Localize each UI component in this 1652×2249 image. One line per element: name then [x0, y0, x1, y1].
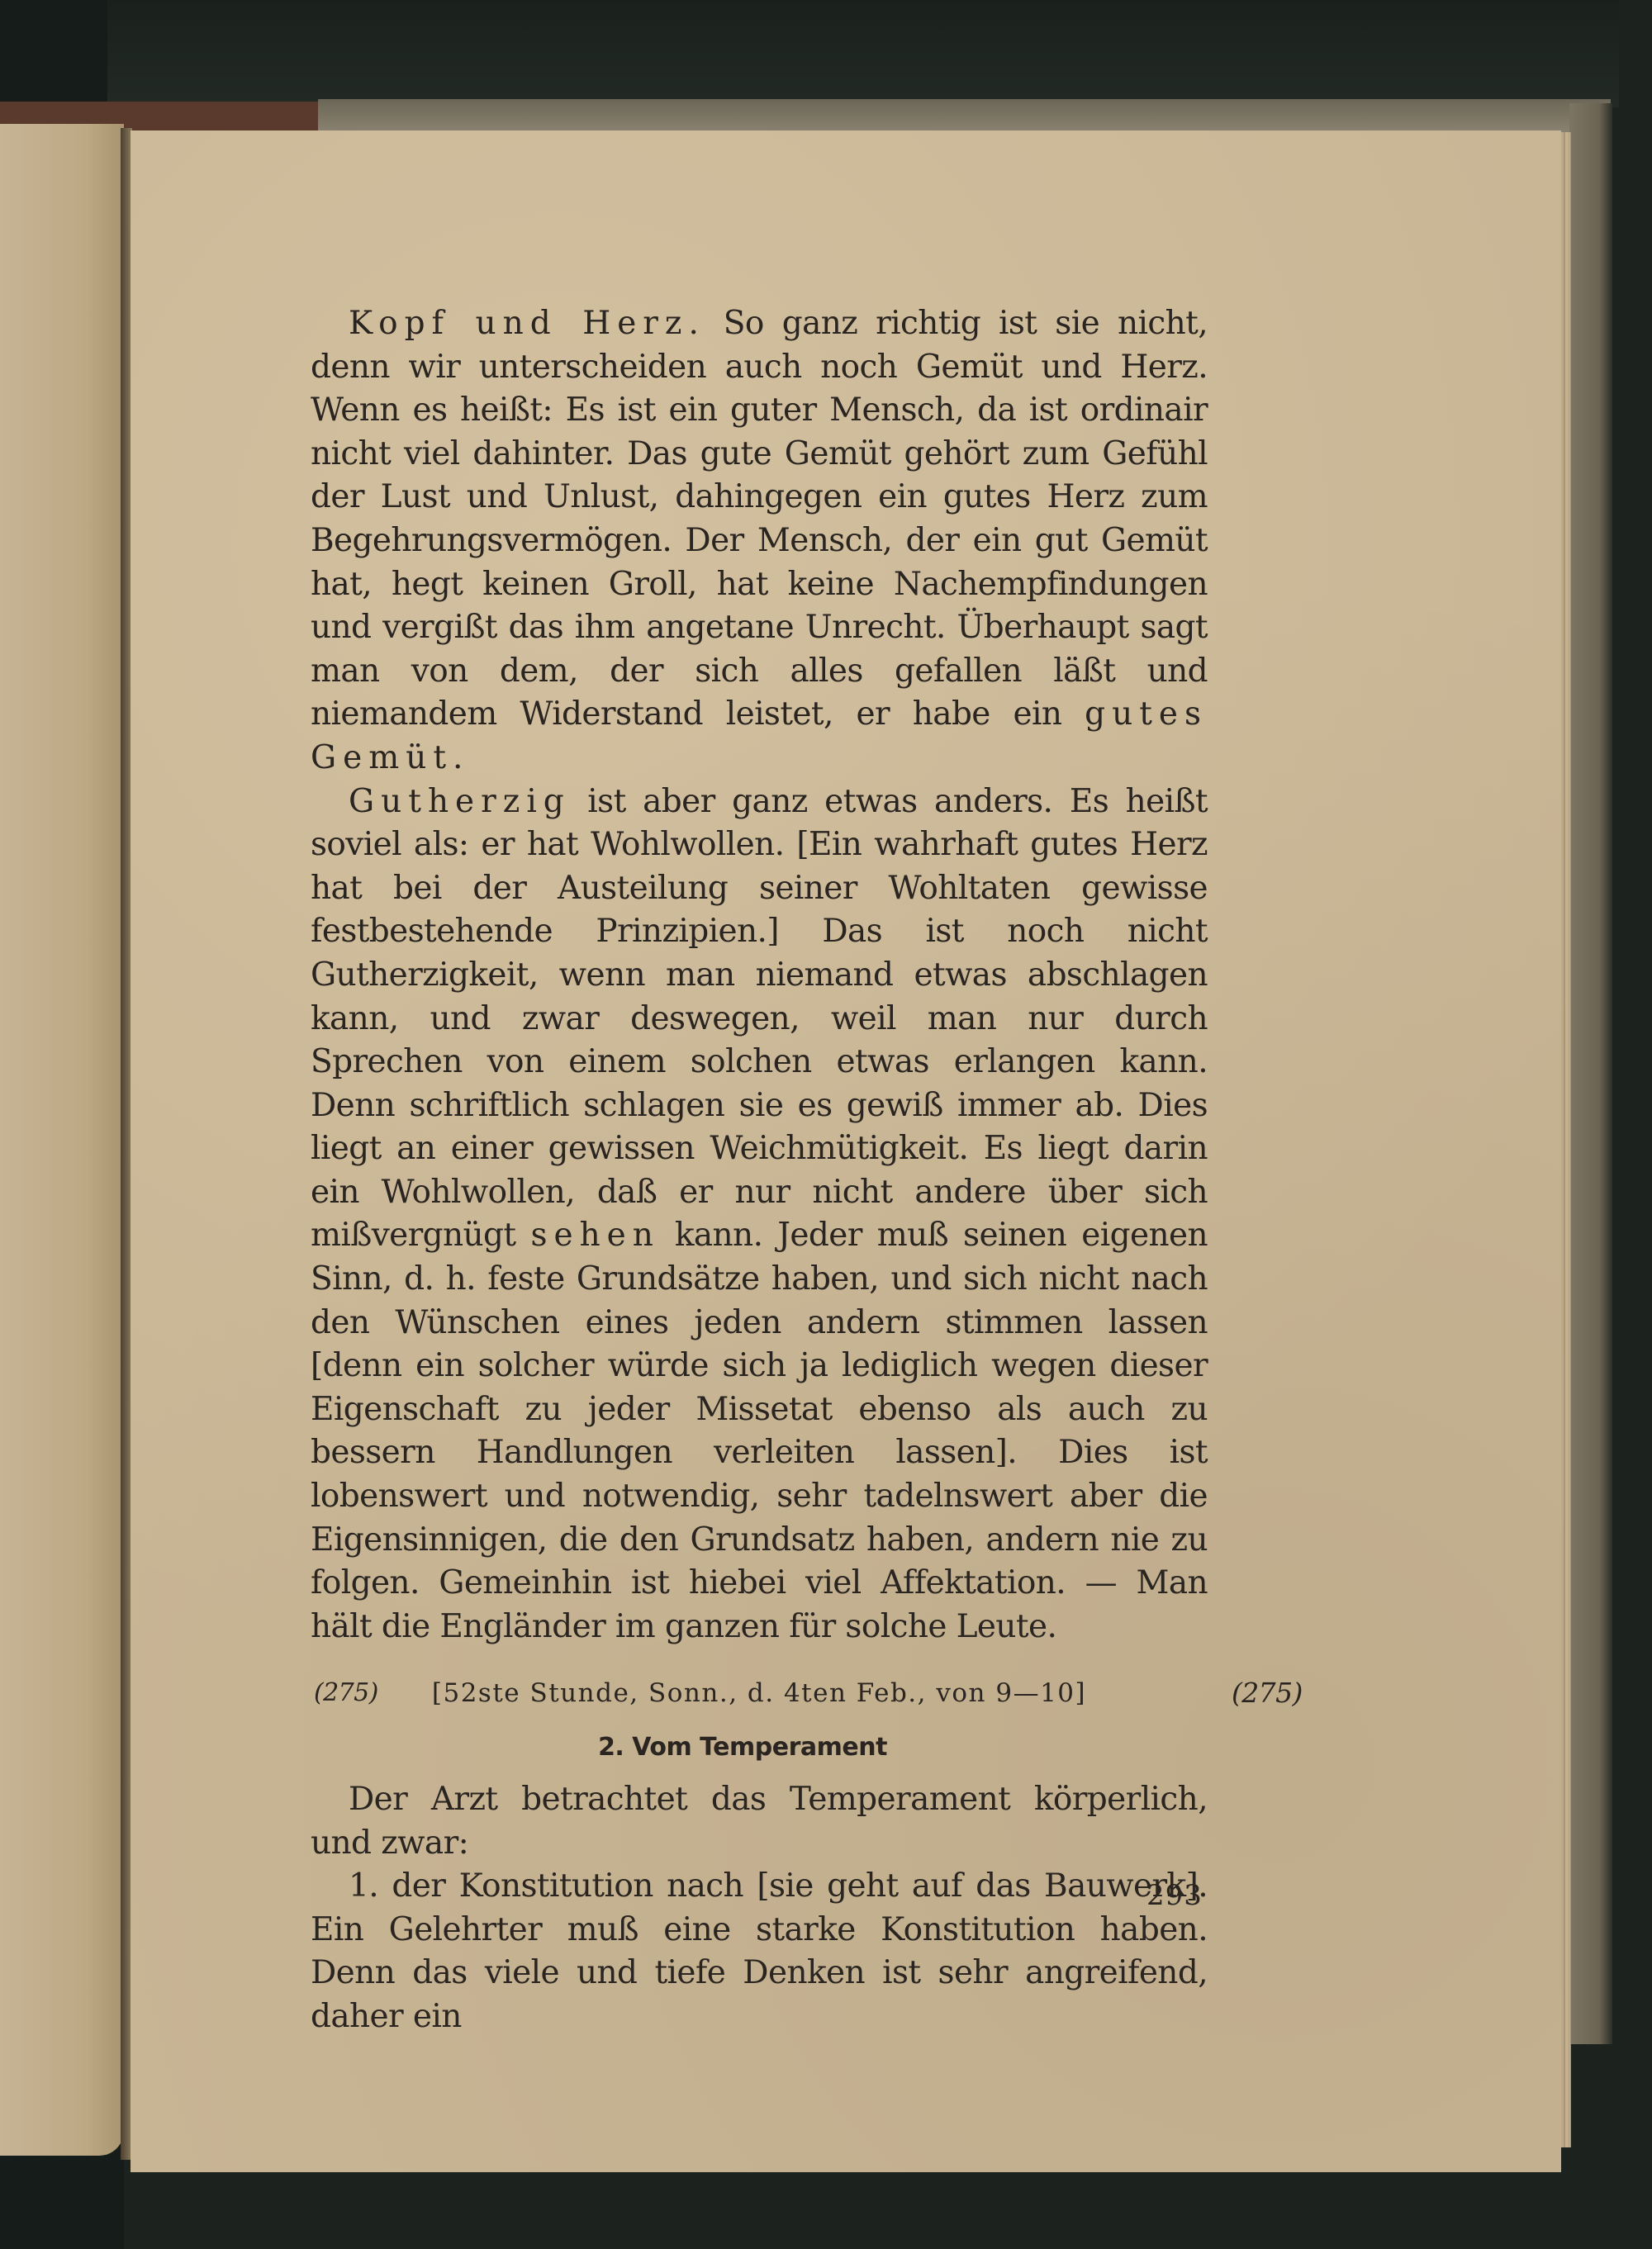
paragraph-arzt: Der Arzt betrachtet das Temperament körp… — [311, 1778, 1208, 1865]
page-edge-top — [318, 99, 1611, 132]
margin-page-ref-right: (275) — [1232, 1672, 1303, 1715]
paragraph-text: ist aber ganz etwas anders. Es heißt sov… — [311, 783, 1208, 1255]
margin-page-ref-left: (275) — [314, 1672, 378, 1715]
facing-page-left — [0, 124, 124, 2156]
spaced-emphasis: Kopf und Herz. — [349, 305, 705, 342]
paragraph-text: kann. Jeder muß seinen eigenen Sinn, d. … — [311, 1217, 1208, 1644]
page-number: 293 — [1146, 1879, 1203, 1912]
book-cover-right — [1569, 103, 1612, 2044]
paragraph-konstitution: 1. der Konstitution nach [sie geht auf d… — [311, 1865, 1208, 2038]
paragraph-gutherzig: Gutherzig ist aber ganz etwas anders. Es… — [311, 781, 1208, 1649]
book-cover-top — [107, 0, 1619, 107]
paragraph-text: So ganz richtig ist sie nicht, denn wir … — [311, 305, 1208, 733]
spaced-emphasis: sehen — [530, 1217, 659, 1254]
paragraph-text: . — [453, 739, 463, 776]
spaced-emphasis: Gutherzig — [349, 783, 571, 820]
page-text-block: Kopf und Herz. So ganz richtig ist sie n… — [311, 302, 1208, 2039]
session-note: [52ste Stunde, Sonn., d. 4ten Feb., von … — [432, 1678, 1086, 1708]
paragraph-kopf-und-herz: Kopf und Herz. So ganz richtig ist sie n… — [311, 302, 1208, 781]
session-marker: (275) [52ste Stunde, Sonn., d. 4ten Feb.… — [311, 1672, 1208, 1721]
section-heading: 2. Vom Temperament — [311, 1726, 1208, 1770]
